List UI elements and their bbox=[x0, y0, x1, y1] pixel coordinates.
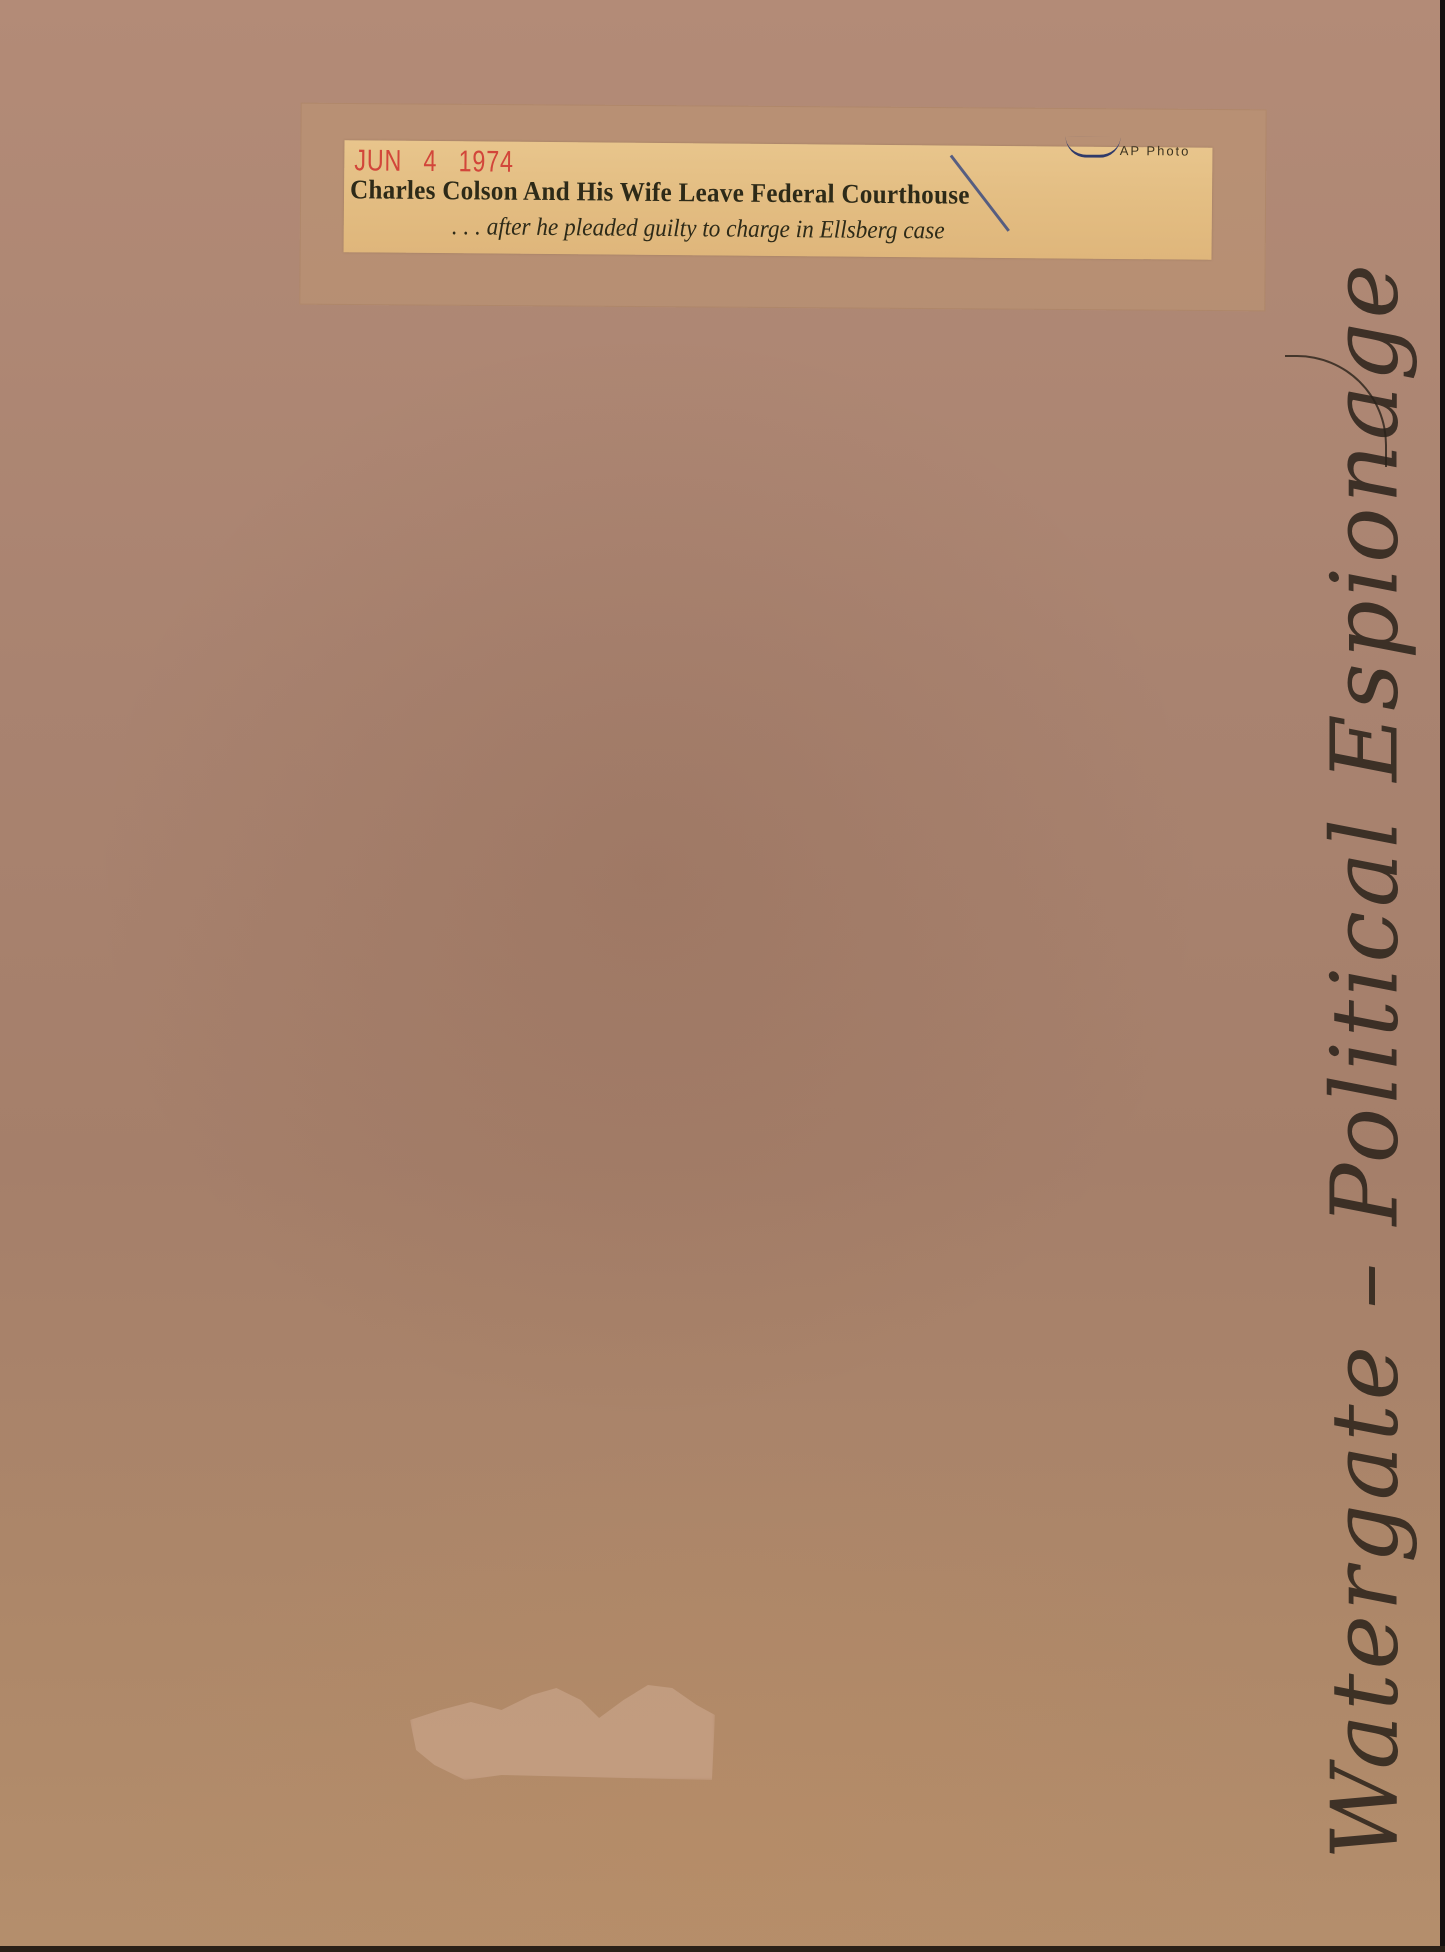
photo-back-sheet: JUN 4 1974 AP Photo Charles Colson And H… bbox=[0, 0, 1440, 1946]
ink-circle-mark bbox=[1065, 137, 1120, 158]
photo-credit: AP Photo bbox=[1120, 143, 1191, 159]
scan-edge-right bbox=[1440, 0, 1445, 1952]
caption-headline: Charles Colson And His Wife Leave Federa… bbox=[350, 174, 970, 210]
caption-clipping: JUN 4 1974 AP Photo Charles Colson And H… bbox=[344, 140, 1213, 260]
handwritten-category-note: Watergate – Political Espionage bbox=[1312, 260, 1419, 1860]
caption-subheadline: . . . after he pleaded guilty to charge … bbox=[452, 213, 945, 245]
scan-edge-bottom bbox=[0, 1946, 1445, 1952]
paper-stain bbox=[410, 1680, 715, 1780]
